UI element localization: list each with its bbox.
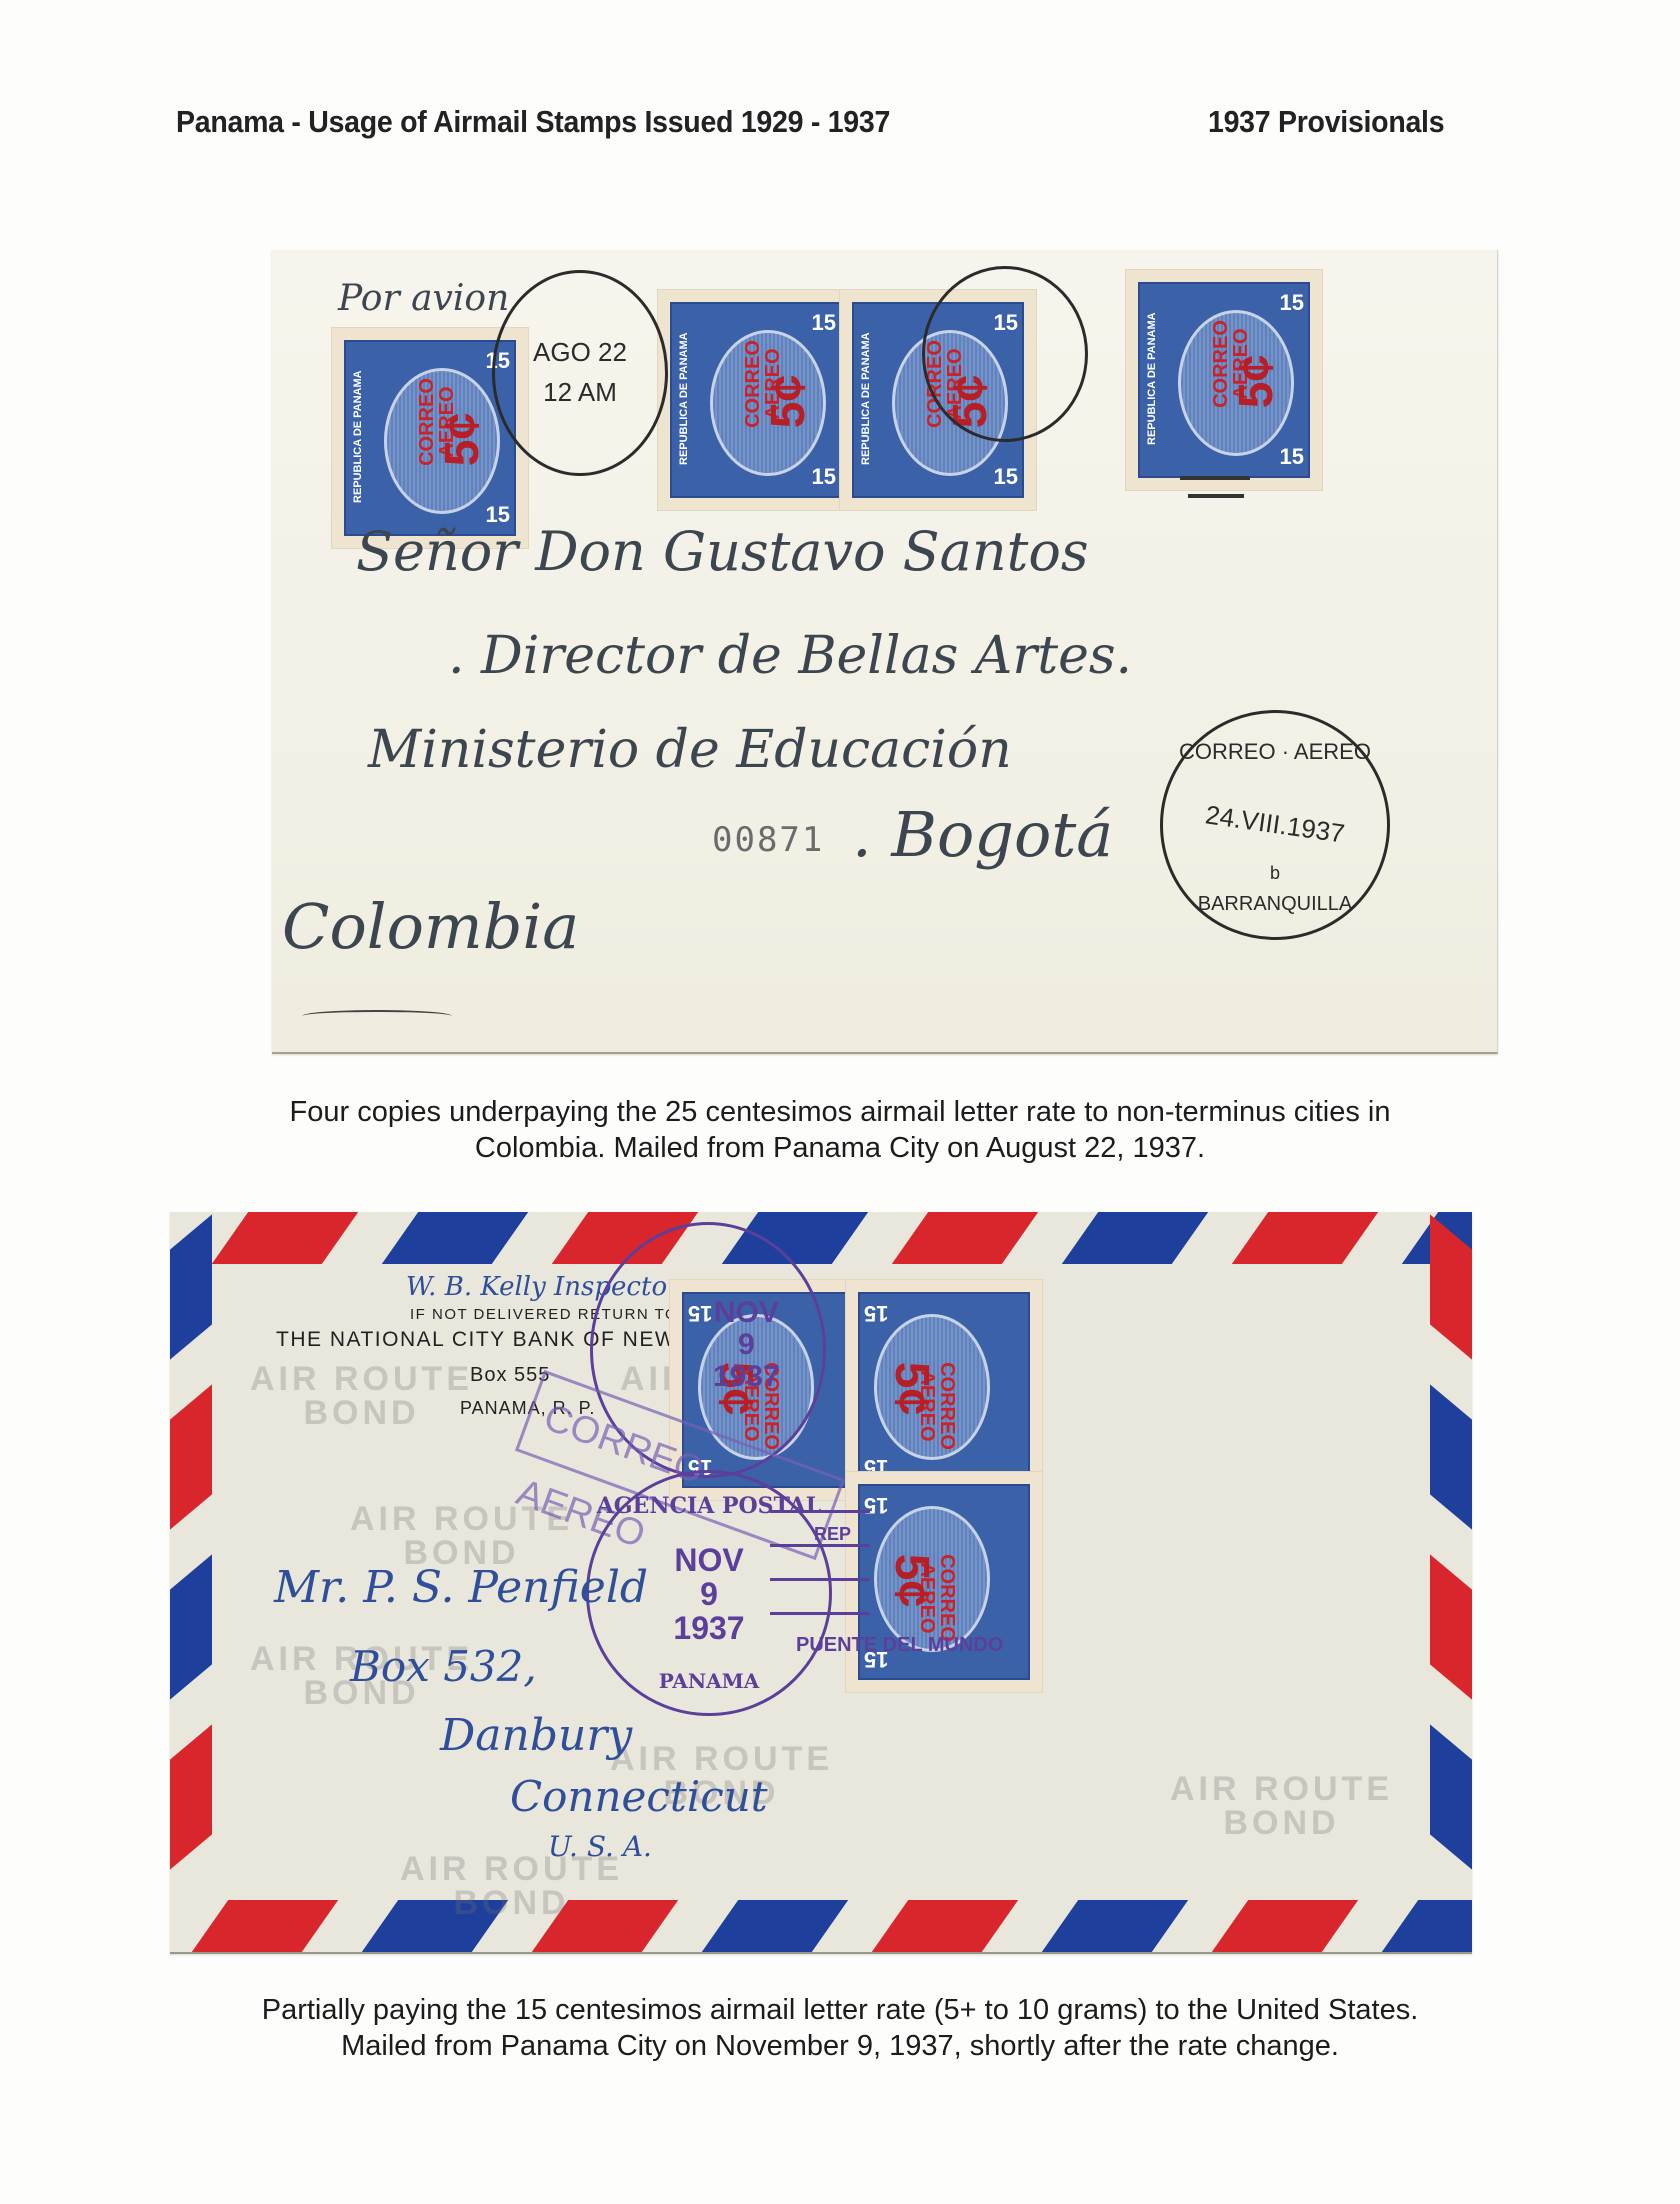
postmark-top-text: CORREO · AEREO [1163,739,1387,765]
postmark-date: 24.VIII.1937 [1162,794,1388,856]
caption-cover-1: Four copies underpaying the 25 centesimo… [0,1094,1680,1166]
airmail-stripe [1430,1554,1472,1699]
stamp-overprint-value: 5¢ [1229,355,1284,408]
caption-line: Colombia. Mailed from Panama City on Aug… [0,1130,1680,1166]
caption-line: Mailed from Panama City on November 9, 1… [0,2028,1680,2064]
underline-flourish [302,1010,452,1022]
caption-line: Partially paying the 15 centesimos airma… [0,1992,1680,2028]
airmail-stripe [1042,1900,1188,1952]
address-line-1: Mr. P. S. Penfield [274,1562,648,1613]
stamp-overprint-value: 5¢ [761,375,816,428]
airmail-stripe [1232,1212,1378,1264]
postmark-time: 12 AM [495,377,665,408]
airmail-stripe [382,1212,528,1264]
stamp-2: REPUBLICA DE PANAMA 15 15 CORREOAEREO 5¢ [658,290,854,510]
postmark-code: b [1163,863,1387,884]
address-line-3: Ministerio de Educación [368,720,1012,780]
stamp-overprint-value: 5¢ [884,1362,939,1415]
airmail-stripe [1062,1212,1208,1264]
cover-2-envelope: AIR ROUTEBOND AIR ROUTEBOND AIR ROUTEBON… [170,1212,1472,1954]
airmail-stripe [212,1212,358,1264]
page-title: Panama - Usage of Airmail Stamps Issued … [176,104,890,140]
airmail-stripe [1382,1900,1472,1952]
airmail-stripe [1212,1900,1358,1952]
airmail-stripe [170,1724,212,1869]
address-line-3: Danbury [440,1710,632,1761]
airmail-stripe [872,1900,1018,1952]
address-line-1: Señor Don Gustavo Santos [356,520,1089,583]
airmail-stripe [1430,1724,1472,1869]
postmark-ring-bottom: PANAMA [589,1669,829,1693]
stamp-overprint-value: 5¢ [435,413,490,466]
stamp-denomination: 15 [812,310,836,336]
arrival-postmark: CORREO · AEREO 24.VIII.1937 b BARRANQUIL… [1160,710,1390,940]
address-line-4: Connecticut [510,1772,768,1821]
watermark: AIR ROUTEBOND [1170,1772,1393,1840]
address-country: Colombia [282,890,579,963]
slogan-bottom: PUENTE DEL MUNDO [796,1634,1003,1657]
stamp-denomination: 15 [1280,290,1304,316]
address-city: . Bogotá [852,798,1113,871]
cancel-bar [1188,494,1244,498]
stamp-denomination: 15 [812,464,836,490]
cover-1-envelope: Por avion REPUBLICA DE PANAMA 15 15 CORR… [272,250,1498,1054]
stamp-country-text: REPUBLICA DE PANAMA [1146,294,1168,464]
slogan-cancel: REP PUENTE DEL MUNDO [770,1510,1070,1660]
address-line-2: Box 532, [350,1642,537,1691]
stamp-4: REPUBLICA DE PANAMA 15 15 CORREOAEREO 5¢ [1126,270,1322,490]
stamp-denomination: 15 [994,464,1018,490]
postmark-bottom-text: BARRANQUILLA [1163,893,1387,916]
airmail-stripe [170,1384,212,1529]
cancel-bar [1180,476,1250,480]
origin-postmark-1: AGO 22 12 AM [492,270,668,476]
origin-postmark-2 [922,266,1088,442]
airmail-stripe [192,1900,338,1952]
stamp-denomination: 15 [864,1300,888,1326]
stamp-country-text: REPUBLICA DE PANAMA [678,314,700,484]
address-line-2: . Director de Bellas Artes. [448,626,1132,686]
airmail-stripe [892,1212,1038,1264]
stamp-country-text: REPUBLICA DE PANAMA [860,314,882,484]
watermark: AIR ROUTEBOND [250,1362,473,1430]
airmail-stripe [702,1900,848,1952]
airmail-stripe [1430,1384,1472,1529]
postmark-date: AGO 22 [495,337,665,368]
stamp-country-text: REPUBLICA DE PANAMA [352,352,374,522]
caption-cover-2: Partially paying the 15 centesimos airma… [0,1992,1680,2064]
address-line-5: U. S. A. [548,1830,652,1863]
airmail-stripe [170,1554,212,1699]
slogan-top: REP [814,1524,851,1545]
postmark-date: NOV91937 [713,1297,780,1393]
registry-number: 00871 [712,820,824,860]
section-title: 1937 Provisionals [1208,104,1444,140]
stamp-denomination: 15 [1280,444,1304,470]
caption-line: Four copies underpaying the 25 centesimo… [0,1094,1680,1130]
airmail-stripe [170,1214,212,1359]
stamp-2: 15 15 CORREOAEREO 5¢ [846,1280,1042,1500]
routing-note: Por avion [338,278,509,319]
